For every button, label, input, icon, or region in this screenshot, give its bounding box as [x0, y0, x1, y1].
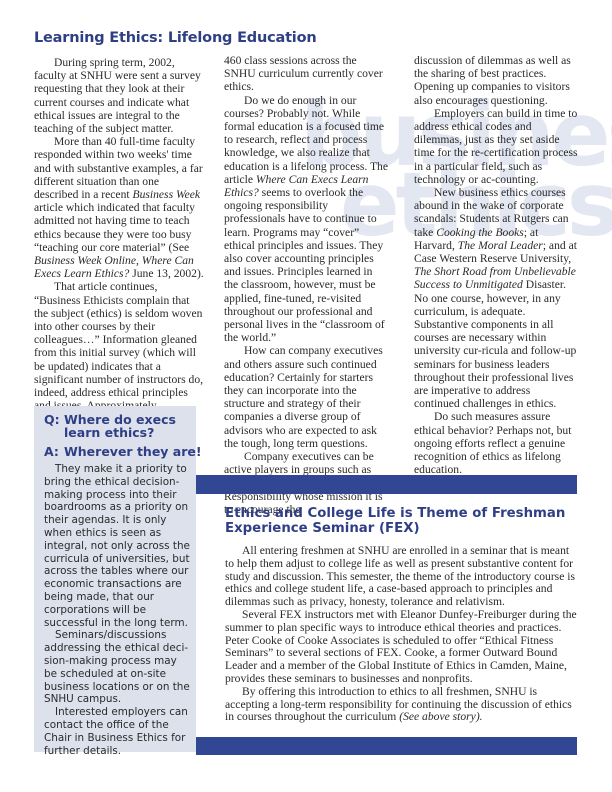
paragraph: Interested employers can contact the off…: [44, 706, 190, 757]
article-title-learning-ethics: Learning Ethics: Lifelong Education: [34, 30, 316, 46]
sidebar-body: They make it a priority to bring the eth…: [44, 463, 190, 757]
paragraph: Several FEX instructors met with Eleanor…: [225, 609, 580, 686]
answer-text: Wherever they are!: [64, 444, 202, 459]
sidebar-question: Q:Where do execs learn ethics?: [44, 414, 194, 439]
paragraph: More than 40 full-time faculty responded…: [34, 135, 204, 280]
italic-course-title: The Moral Leader: [458, 239, 543, 252]
section-divider-bar: [196, 475, 577, 494]
text: June 13, 2002).: [129, 267, 203, 280]
italic-citation: Business Week: [133, 188, 201, 201]
italic-course-title: Cooking the Books: [436, 226, 524, 239]
answer-label: A:: [44, 444, 64, 459]
article1-column-3: discussion of dilemmas as well as the sh…: [414, 54, 578, 477]
paragraph: New business ethics courses abound in th…: [414, 186, 578, 410]
paragraph: Employers can build in time to address e…: [414, 107, 578, 186]
paragraph: That article continues, “Business Ethici…: [34, 280, 204, 412]
paragraph: By offering this introduction to ethics …: [225, 686, 580, 724]
text: Disaster. No one course, however, in any…: [414, 278, 576, 410]
paragraph: Do we do enough in our courses? Probably…: [224, 94, 388, 345]
paragraph: How can company executives and others as…: [224, 344, 388, 450]
sidebar-answer: A:Wherever they are!: [44, 444, 202, 459]
article2-body: All entering freshmen at SNHU are enroll…: [225, 545, 580, 724]
text: seems to overlook the ongoing responsibi…: [224, 186, 385, 344]
paragraph: Do such measures assure ethical behavior…: [414, 410, 578, 476]
italic-cross-reference: (See above story).: [399, 710, 482, 723]
paragraph: All entering freshmen at SNHU are enroll…: [225, 545, 580, 609]
question-label: Q:: [44, 414, 64, 439]
article-title-fex: Ethics and College Life is Theme of Fres…: [225, 506, 585, 536]
article1-column-2: 460 class sessions across the SNHU curri…: [224, 54, 388, 516]
paragraph: Seminars/discussions addressing the ethi…: [44, 629, 190, 706]
text: article which indicated that faculty adm…: [34, 201, 195, 254]
question-text: Where do execs learn ethics?: [64, 414, 194, 439]
article1-column-1: During spring term, 2002, faculty at SNH…: [34, 56, 204, 412]
paragraph: 460 class sessions across the SNHU curri…: [224, 54, 388, 94]
paragraph: They make it a priority to bring the eth…: [44, 463, 190, 629]
paragraph: discussion of dilemmas as well as the sh…: [414, 54, 578, 107]
paragraph: During spring term, 2002, faculty at SNH…: [34, 56, 204, 135]
footer-bar: [196, 737, 577, 755]
